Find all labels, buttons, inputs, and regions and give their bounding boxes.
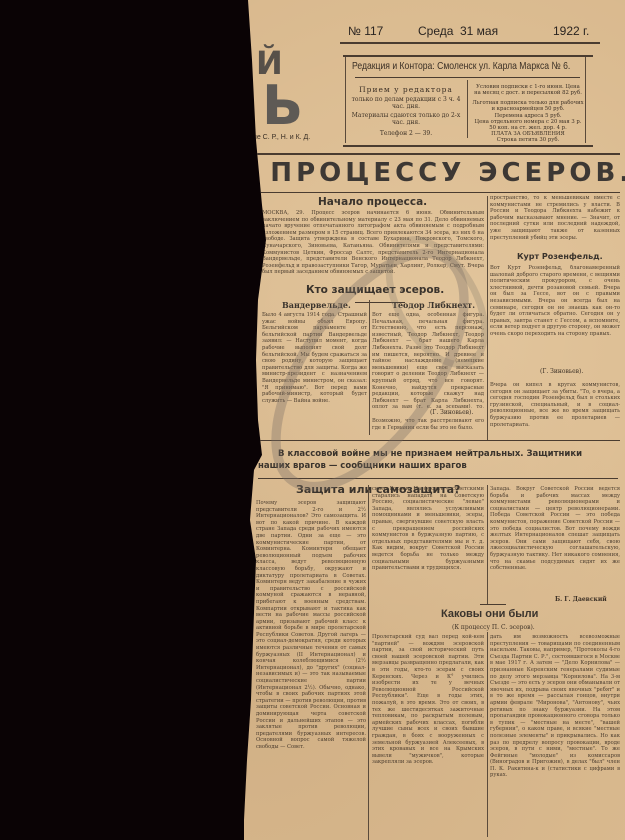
signature-liebknecht: (Г. Зиновьев).	[430, 409, 473, 416]
article-continuation-process-start: пространство, то к меньшевикам вместе с …	[490, 195, 620, 247]
issue-weekday: Среда	[418, 24, 453, 38]
newspaper-page: Й Ь ме С. Р., Н. и К. Д. № 117 Среда 31 …	[0, 0, 625, 840]
issue-number: № 117	[348, 24, 383, 38]
signature-kurt-rosenfeld: (Г. Зиновьев).	[540, 368, 583, 375]
single-issue-price: Цена отдельного номера с 20 мая 3 р. 50 …	[472, 119, 584, 131]
article-subtitle-what-they-were: (К процессу П. С. эсеров).	[452, 624, 535, 631]
main-headline: К ПРОЦЕССУ ЭСЕРОВ.	[232, 158, 625, 188]
article-text-kurt-rosenfeld: Вот Курт Розенфельд, благонамеренный шал…	[490, 265, 620, 357]
discount-text: Льготная подписка только для рабочих и к…	[472, 100, 584, 112]
article-title-what-they-were: Каковы они были	[441, 608, 538, 620]
signature-defense: Б. Г. Даевский	[555, 596, 607, 603]
article-text-defense-col1: Почему эсеров защищают представители 2-г…	[256, 500, 366, 840]
article-text-what-they-were-col2: дать им возможность всевозможные преступ…	[490, 634, 620, 824]
article-title-kurt-rosenfeld: Курт Розенфельд.	[517, 252, 603, 261]
issue-year: 1922 г.	[553, 24, 589, 38]
article-text-defense-col2: ского России. На фронте с советскими ста…	[372, 486, 484, 604]
phone-number: Телефон 2 — 39.	[350, 130, 462, 137]
masthead-subtitle: ме С. Р., Н. и К. Д.	[252, 134, 310, 141]
article-title-process-start: Начало процесса.	[318, 196, 427, 208]
article-tail-kurt-rosenfeld: Вчера он кипел в кругах коммунистов, сег…	[490, 382, 620, 430]
article-text-what-they-were-col1: Пролетарский суд вал перед кой-кем "парт…	[372, 634, 484, 834]
manuscripts-text: Материалы сдаются только до 2-х час. дня…	[350, 112, 462, 126]
masthead-title-fragment-2: Ь	[262, 78, 303, 134]
subscription-text: Условия подписки с 1-го июня. Цена на ме…	[472, 84, 584, 96]
header-rule	[340, 42, 600, 44]
reception-heading: Прием у редактора	[350, 86, 462, 93]
editorial-address: Редакция и Контора: Смоленск ул. Карла М…	[352, 60, 570, 72]
ads-price: Строка петита 30 руб.	[472, 137, 584, 143]
reception-text: только по делам редакции с 3 ч. 4 час. д…	[350, 96, 462, 110]
issue-date: 31 мая	[460, 24, 498, 38]
article-text-defense-col3: Запада. Вокруг Советской России ведется …	[490, 486, 620, 594]
